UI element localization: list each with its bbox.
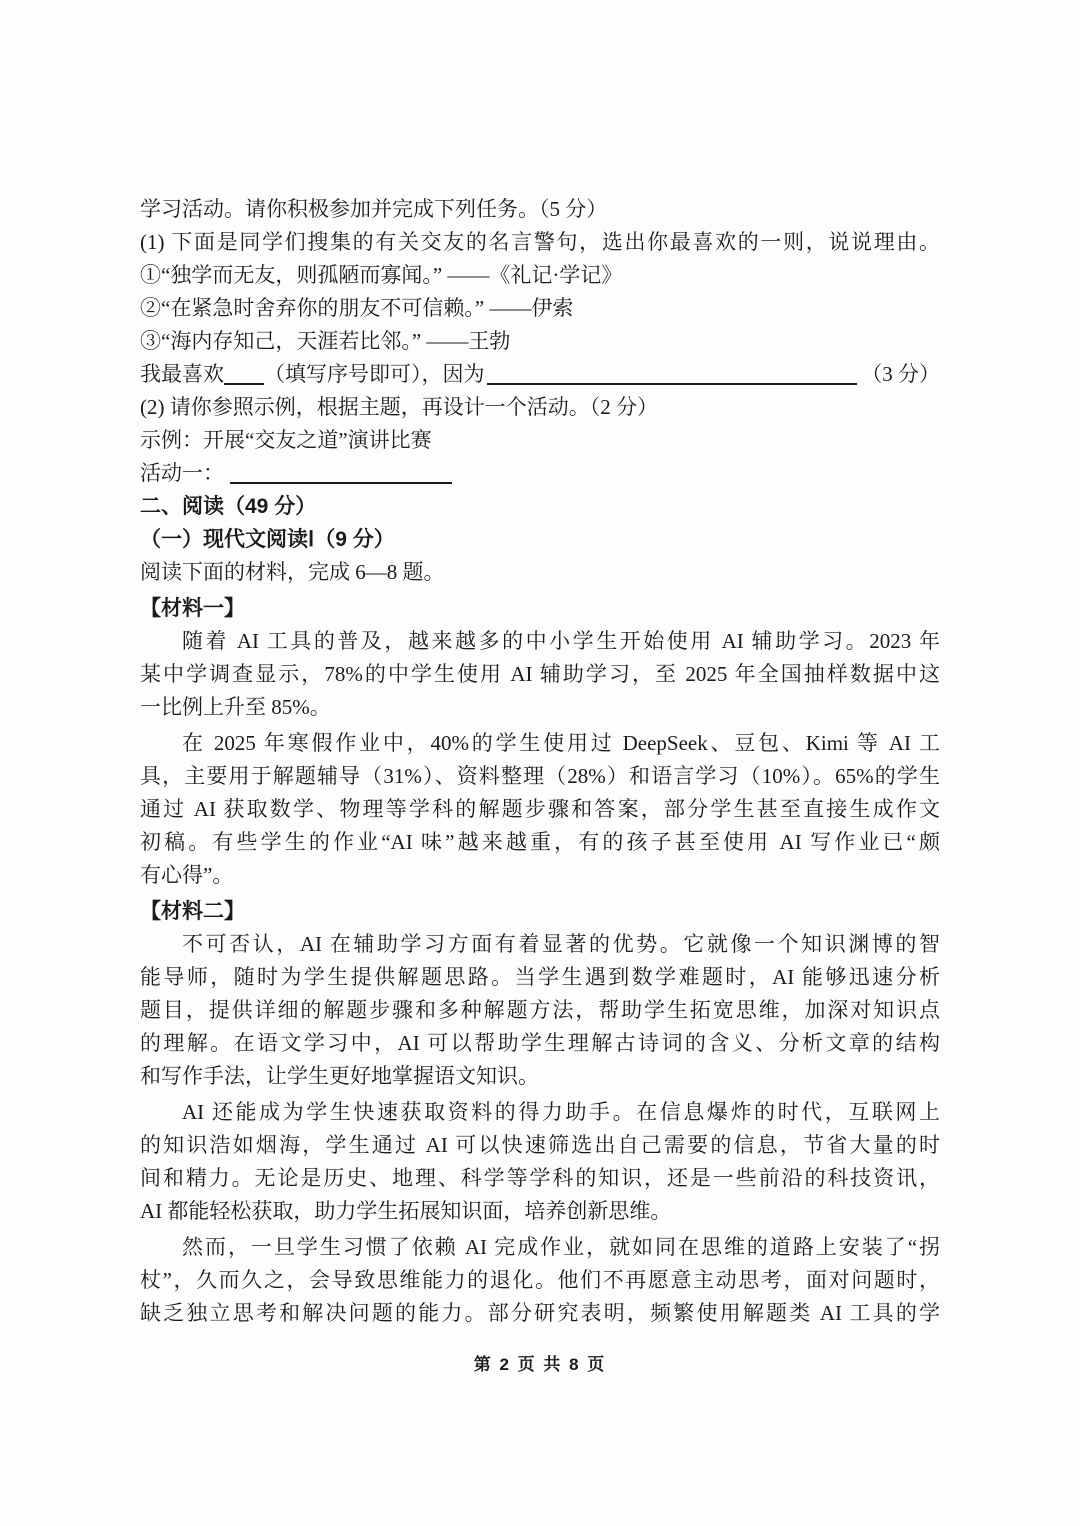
material-text-line: 在 2025 年寒假作业中，40%的学生使用过 DeepSeek、豆包、Kimi… [140, 727, 940, 760]
material-text-line: 的知识浩如烟海，学生通过 AI 可以快速筛选出自己需要的信息，节省大量的时 [140, 1129, 940, 1162]
fill-in-answer-line: 我最喜欢 （填写序号即可），因为 （3 分） [140, 358, 940, 391]
material-text-line: 具，主要用于解题辅导（31%）、资料整理（28%）和语言学习（10%）。65%的… [140, 760, 940, 793]
material-text-line: 随着 AI 工具的普及，越来越多的中小学生开始使用 AI 辅助学习。2023 年 [140, 625, 940, 658]
score-label: （3 分） [861, 358, 940, 391]
material-text-line: 缺乏独立思考和解决问题的能力。部分研究表明，频繁使用解题类 AI 工具的学 [140, 1297, 940, 1330]
subsection-modern-text-heading: （一）现代文阅读Ⅰ（9 分） [140, 523, 940, 556]
material-text-line: 然而，一旦学生习惯了依赖 AI 完成作业，就如同在思维的道路上安装了“拐 [140, 1231, 940, 1264]
activity-label: 活动一： [140, 457, 224, 490]
material-text-line: 通过 AI 获取数学、物理等学科的解题步骤和答案，部分学生甚至直接生成作文 [140, 793, 940, 826]
answer-blank-long [487, 383, 858, 385]
material-text-line: 题目，提供详细的解题步骤和多种解题方法，帮助学生拓宽思维，加深对知识点 [140, 994, 940, 1027]
material-text-line: 初稿。有些学生的作业“AI 味”越来越重，有的孩子甚至使用 AI 写作业已“颇 [140, 826, 940, 859]
material-text-line: 有心得”。 [140, 859, 940, 892]
quote-option-3: ③“海内存知己，天涯若比邻。” ——王勃 [140, 325, 940, 358]
fill-prefix: 我最喜欢 [140, 358, 224, 391]
question-1-prompt: (1) 下面是同学们搜集的有关交友的名言警句，选出你最喜欢的一则，说说理由。 [140, 226, 940, 259]
question-2-prompt: (2) 请你参照示例，根据主题，再设计一个活动。（2 分） [140, 391, 940, 424]
material-text-line: 能导师，随时为学生提供解题思路。当学生遇到数学难题时，AI 能够迅速分析 [140, 961, 940, 994]
example-line: 示例：开展“交友之道”演讲比赛 [140, 424, 940, 457]
material-text-line: AI 还能成为学生快速获取资料的得力助手。在信息爆炸的时代，互联网上 [140, 1096, 940, 1129]
reading-instruction: 阅读下面的材料，完成 6—8 题。 [140, 556, 940, 589]
quote-option-1: ①“独学而无友，则孤陋而寡闻。” ——《礼记·学记》 [140, 259, 940, 292]
material-text-line: 杖”，久而久之，会导致思维能力的退化。他们不再愿意主动思考，面对问题时， [140, 1264, 940, 1297]
material-text-line: 某中学调查显示，78%的中学生使用 AI 辅助学习，至 2025 年全国抽样数据… [140, 658, 940, 691]
task-intro-line: 学习活动。请你积极参加并完成下列任务。（5 分） [140, 193, 940, 226]
page-content: 学习活动。请你积极参加并完成下列任务。（5 分） (1) 下面是同学们搜集的有关… [140, 193, 940, 1330]
fill-mid: （填写序号即可），因为 [264, 358, 485, 391]
activity-blank [230, 482, 452, 484]
material-text-line: 一比例上升至 85%。 [140, 691, 940, 724]
quote-option-2: ②“在紧急时舍弃你的朋友不可信赖。” ——伊索 [140, 292, 940, 325]
page-number-footer: 第 2 页 共 8 页 [0, 1350, 1080, 1375]
material-text-line: 不可否认，AI 在辅助学习方面有着显著的优势。它就像一个知识渊博的智 [140, 928, 940, 961]
material-1-label: 【材料一】 [140, 592, 940, 625]
material-text-line: 的理解。在语文学习中，AI 可以帮助学生理解古诗词的含义、分析文章的结构 [140, 1027, 940, 1060]
answer-blank-short [224, 383, 264, 385]
material-2-label: 【材料二】 [140, 895, 940, 928]
activity-fill-line: 活动一： [140, 457, 940, 490]
exam-paper-page: 学习活动。请你积极参加并完成下列任务。（5 分） (1) 下面是同学们搜集的有关… [0, 0, 1080, 1526]
material-text-line: 间和精力。无论是历史、地理、科学等学科的知识，还是一些前沿的科技资讯， [140, 1162, 940, 1195]
material-text-line: 和写作手法，让学生更好地掌握语文知识。 [140, 1060, 940, 1093]
material-text-line: AI 都能轻松获取，助力学生拓展知识面，培养创新思维。 [140, 1195, 940, 1228]
section-reading-heading: 二、阅读（49 分） [140, 490, 940, 523]
